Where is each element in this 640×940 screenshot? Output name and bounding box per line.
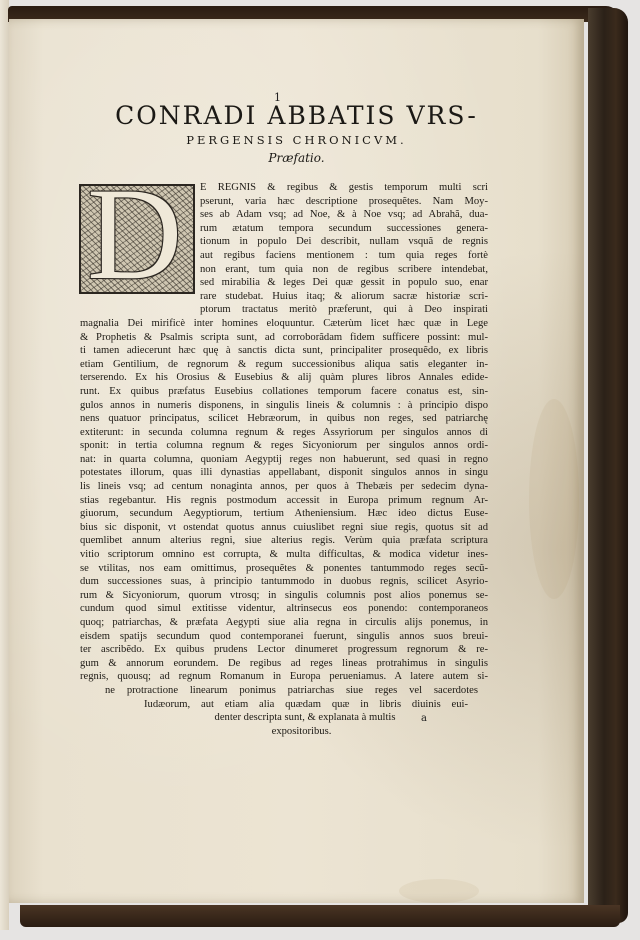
text-line: giuorum, secundum Aegyptiorum, tertium A… [80, 507, 488, 521]
text-line: ti tamen adiecerunt hæc quę à sanctis di… [80, 344, 488, 358]
text-line: & Prophetis & Psalmis scripta sunt, ad c… [80, 331, 488, 345]
text-line: potestates illorum, quas illi dynastias … [80, 466, 488, 480]
page-subtitle: PERGENSIS CHRONICVM. [9, 133, 584, 147]
text-line: Iudæorum, aut etiam alia quædam quæ in l… [80, 698, 488, 712]
text-line: gulos annos in numeris disponens, in sin… [80, 399, 488, 413]
text-line: extiterunt: in secunda columna regnum & … [80, 426, 488, 440]
text-line: nens quatuor principatus, scilicet Hebræ… [80, 412, 488, 426]
text-line: pserunt, varia hæc descriptione prosequẽ… [80, 195, 488, 209]
text-line: stias regebantur. His regnis postmodum a… [80, 494, 488, 508]
text-line: etiam Gentilium, de regnorum & regum suc… [80, 358, 488, 372]
book-cover-right [588, 8, 628, 923]
text-line: rare studebat. Huius itaq; & aliorum sac… [80, 290, 488, 304]
text-line: gum & annorum eorundem. De regibus ad re… [80, 657, 488, 671]
page-title: CONRADI ABBATIS VRS- [9, 101, 584, 130]
text-line: dum successiones suas, à principio tantu… [80, 575, 488, 589]
page-stain [529, 399, 579, 599]
preface-body: E REGNIS & regibus & gestis temporum mul… [80, 181, 488, 738]
book-cover-bottom [20, 905, 620, 927]
text-line: terserendo. Ex his Orosius & Eusebius & … [80, 371, 488, 385]
text-line: rum & Sicyoniorum, quorum vtrosq; in sin… [80, 589, 488, 603]
text-line: cundum quod simul extitisse videntur, al… [80, 602, 488, 616]
text-line: ses ab Adam vsq; ad Noe, & à Noe vsq; ad… [80, 208, 488, 222]
page-stain [399, 879, 479, 903]
text-line: nat: in quarta columna, quoniam Aegyptij… [80, 453, 488, 467]
text-line: sed mirabilia & leges Dei quæ gessit in … [80, 276, 488, 290]
left-fore-edge [0, 0, 9, 930]
text-line: runt. Ex quibus præfatus Eusebius collat… [80, 385, 488, 399]
signature-mark: a [421, 713, 427, 724]
text-line: tionum in populo Dei describit, nullam v… [80, 235, 488, 249]
text-line: bius sic disponit, vt ostendat quotus an… [80, 521, 488, 535]
text-line: quemlibet annum alterius regni, siue alt… [80, 534, 488, 548]
text-line: expositoribus. [80, 725, 488, 739]
text-line: ptorum tractatus meritò præferunt, qui à… [80, 303, 488, 317]
text-line: rum ætatum tempora secundum successiones… [80, 222, 488, 236]
text-line: ne protractione linearum ponimus patriar… [80, 684, 488, 698]
text-line: magnalia Dei mirificè inter homines eloq… [80, 317, 488, 331]
text-line: lis lineis vsq; ad centum nonaginta anno… [80, 480, 488, 494]
text-line: aut regibus faciens mentionem : tum quia… [80, 249, 488, 263]
text-line: ter ascribẽdo. Ex quibus prudens Lector … [80, 643, 488, 657]
text-line: regnis, quousq; ad regnum Romanum in Eur… [80, 670, 488, 684]
text-line: eisdem spatijs secundum quod contemporan… [80, 630, 488, 644]
text-line: E REGNIS & regibus & gestis temporum mul… [80, 181, 488, 195]
text-line: vitio scriptorum omnino est corrupta, & … [80, 548, 488, 562]
text-line: non erant, tum quia non de regibus scrib… [80, 263, 488, 277]
book-page: 1 CONRADI ABBATIS VRS- PERGENSIS CHRONIC… [9, 19, 584, 903]
text-line: se vtilitas, nos eam omittimus, prosequẽ… [80, 562, 488, 576]
text-line: quoq; patriarchas, & præfata Aegypti siu… [80, 616, 488, 630]
section-heading: Præfatio. [9, 151, 584, 165]
text-line: sponit: in tertia columna regnum & reges… [80, 439, 488, 453]
